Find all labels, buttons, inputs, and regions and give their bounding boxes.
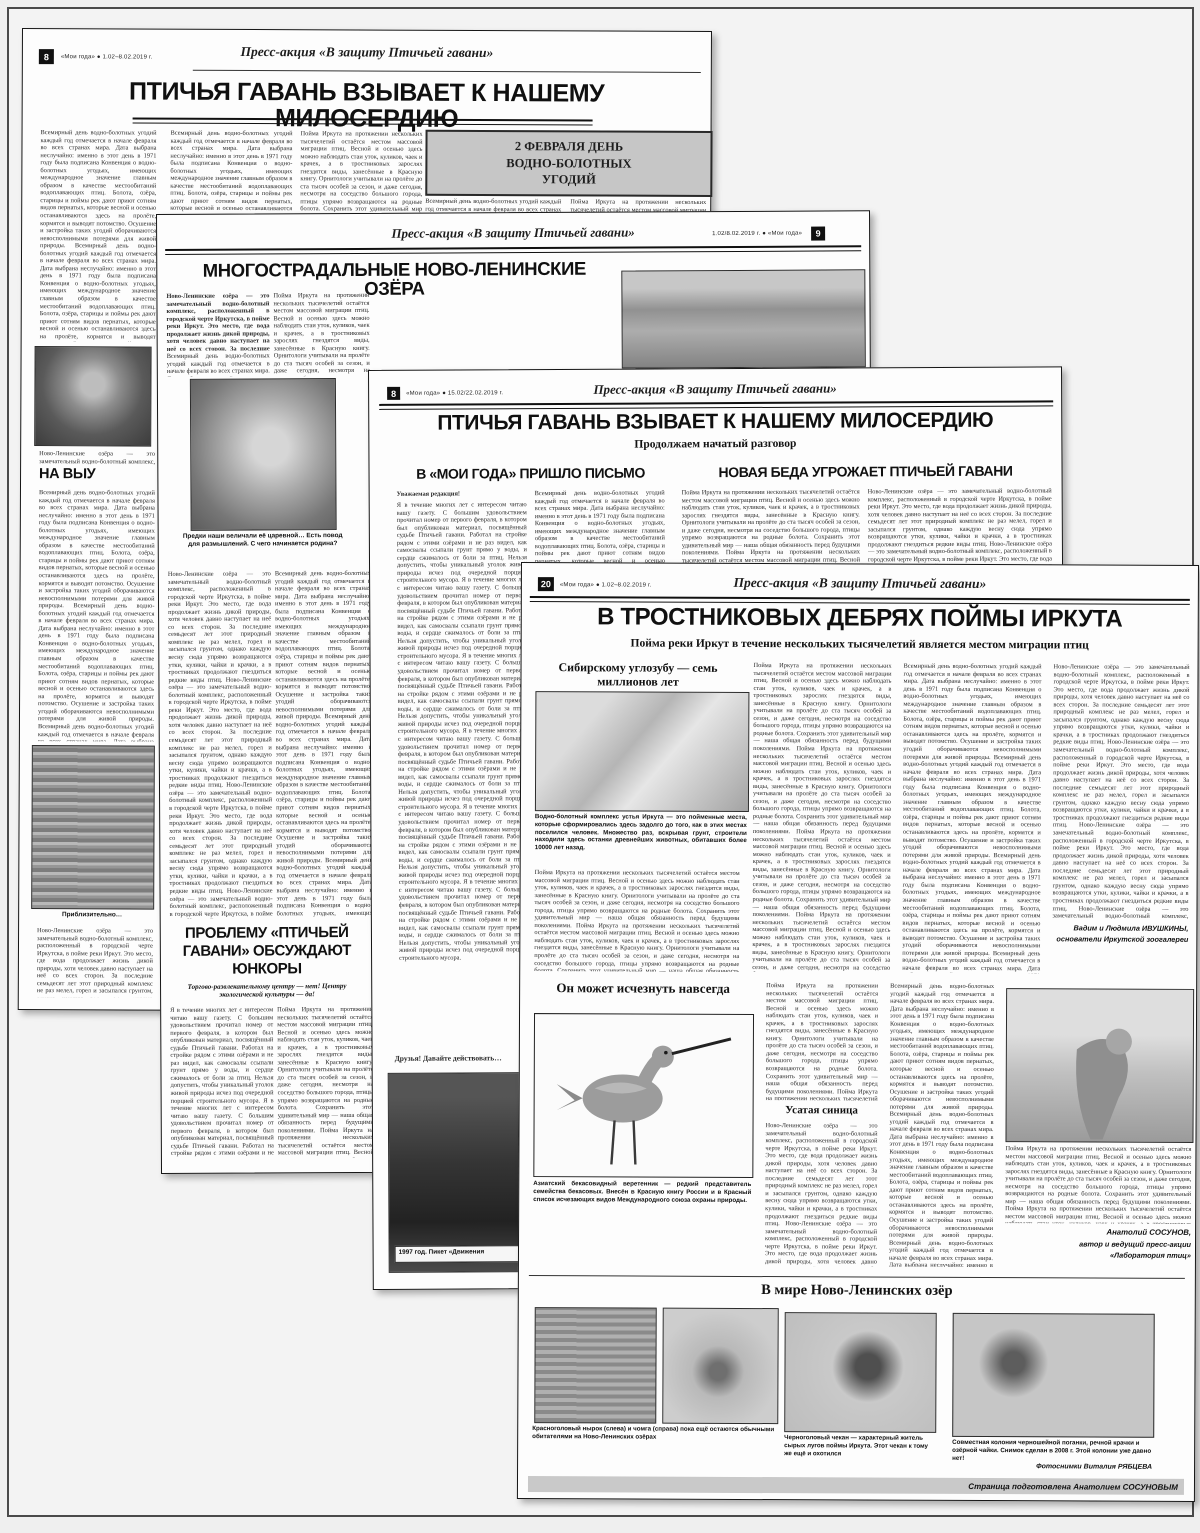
ivushkiny-signature-role: основатели Иркутской зоогалереи — [1052, 934, 1188, 944]
frog-photo — [190, 378, 337, 531]
body-text: Всемирный день водно-болотных угодий каж… — [275, 570, 373, 918]
body-text: Ново-Ленинские озёра — это замечательный… — [765, 1122, 878, 1266]
body-text: Ново-Ленинские озёра — это замечательный… — [1052, 663, 1189, 920]
lead-paragraph: Ново-Ленинские озёра — это замечательный… — [166, 292, 269, 351]
letter-opening: Уважаемая редакция! — [397, 490, 527, 501]
body-text: Ново-Ленинские озёра — это замечательный… — [39, 450, 155, 465]
body-text: Пойма Иркута на протяжении нескольких ты… — [273, 292, 369, 377]
waterfowl-caption: Приблизительно… — [33, 911, 151, 924]
godwit-illustration — [534, 1014, 753, 1177]
colony-caption: Совместная колония черношейной поганки, … — [952, 1439, 1152, 1464]
new-threat-section-head: НОВАЯ БЕДА УГРОЖАЕТ ПТИЧЬЕЙ ГАВАНИ — [680, 463, 1052, 479]
stonechat-caption: Черноголовый чекан — характерный житель … — [784, 1434, 934, 1461]
bearded-tit-photo — [1005, 988, 1194, 1143]
main-headline: ПТИЧЬЯ ГАВАНЬ ВЗЫВАЕТ К НАШЕМУ МИЛОСЕРДИ… — [399, 410, 1031, 435]
page-number-badge: 8 — [39, 49, 54, 64]
body-text: Пойма Иркута на протяжении нескольких ты… — [752, 662, 891, 973]
body-text: Всемирный день водно-болотных угодий каж… — [167, 352, 270, 377]
main-headline: В ТРОСТНИКОВЫХ ДЕБРЯХ ПОЙМЫ ИРКУТА — [560, 605, 1160, 632]
body-text: Я в течение многих лет с интересом читаю… — [170, 1006, 274, 1159]
body-text: Всемирный день водно-болотных угодий каж… — [902, 663, 1041, 974]
body-text: Пойма Иркута на протяжении нескольких ты… — [534, 869, 739, 972]
frog-caption: Предки наши величали её царевной… Есть п… — [177, 532, 349, 567]
pochard-grebe-caption: Красноголовый нырок (слева) и чомга (спр… — [532, 1425, 778, 1448]
page-number-badge: 20 — [538, 577, 554, 591]
press-action-kicker: Пресс-акция «В защиту Птичьей гавани» — [217, 44, 517, 61]
pochard-photo — [534, 1307, 657, 1424]
wetlands-day-notice: 2 ФЕВРАЛЯ ДЕНЬ ВОДНО-БОЛОТНЫХ УГОДИЙ — [425, 130, 712, 197]
notice-line-3: УГОДИЙ — [427, 171, 710, 189]
salamander-heading: Сибирскому углозубу — семь миллионов лет — [535, 661, 740, 689]
waterfowl-photo — [31, 745, 155, 910]
sosunov-signature-name: Анатолий СОСУНОВ, — [1005, 1227, 1191, 1237]
press-action-kicker: Пресс-акция «В защиту Птичьей гавани» — [565, 380, 865, 398]
godwit-caption: Азиатский бекасовидный веретенник — редк… — [533, 1180, 751, 1237]
salamander-caption: Водно-болотный комплекс устья Иркута — э… — [535, 813, 747, 866]
issue-date: 1.02/8.02.2019 г. ● «Мои года» — [637, 231, 802, 238]
body-text: Пойма Иркута на протяжении нескольких ты… — [277, 1006, 374, 1159]
notice-line-2: ВОДНО-БОЛОТНЫХ — [427, 154, 710, 172]
footer-strip: Страница подготовлена Анатолием СОСУНОВЫ… — [528, 1476, 1184, 1495]
newspaper-page-4: 20 «Мои года» ● 1.02–8.02.2019 г. Пресс-… — [517, 562, 1199, 1502]
stonechat-photo — [784, 1312, 937, 1433]
body-text: Пойма Иркута на протяжении нескольких ты… — [300, 130, 422, 215]
junkor-heading: ПРОБЛЕМУ «ПТИЧЬЕЙ ГАВАНИ» ОБСУЖДАЮТ ЮНКО… — [175, 924, 359, 979]
body-text: Всемирный день водно-болотных угодий каж… — [38, 489, 155, 742]
letter-section-head: В «МОИ ГОДА» ПРИШЛО ПИСЬМО — [400, 465, 662, 481]
sosunov-signature-role: автор и ведущий пресс-акции — [1005, 1239, 1191, 1249]
issue-date: «Мои года» ● 15.02/22.02.2019 г. — [406, 390, 541, 397]
reeds-landscape-photo — [621, 269, 866, 368]
footer-credit: Страница подготовлена Анатолием СОСУНОВЫ… — [968, 1481, 1184, 1491]
photo-credit: Фотоснимки Виталия РЯБЦЕВА — [952, 1463, 1152, 1471]
body-text: Ново-Ленинские озёра — это замечательный… — [37, 927, 153, 998]
letter-text: Я в течение многих лет с интересом читаю… — [397, 501, 530, 1042]
page-number-badge: 8 — [387, 387, 400, 400]
section-heading-cut: НА ВЫУ — [39, 467, 153, 482]
issue-date: «Мои года» ● 1.02–8.02.2019 г. — [61, 54, 191, 61]
sosunov-signature-project: «Лаборатория птиц» — [1005, 1250, 1191, 1260]
notice-line-1: 2 ФЕВРАЛЯ ДЕНЬ — [427, 137, 710, 155]
grebe-photo — [662, 1308, 779, 1425]
body-text: Всемирный день водно-болотных угодий каж… — [170, 130, 292, 215]
floodplain-subhead: Пойма реки Иркут в течение нескольких ты… — [562, 637, 1158, 653]
junkor-subheading: Торгово-развлекательному центру — нет! Ц… — [175, 982, 359, 999]
bearded-tit-shape — [1006, 989, 1193, 1142]
vanish-feature-heading: Он может исчезнуть навсегда — [534, 981, 752, 997]
body-text: Пойма Иркута на протяжении нескольких ты… — [766, 982, 879, 1100]
press-action-kicker: Пресс-акция «В защиту Птичьей гавани» — [710, 575, 1010, 592]
ivushkiny-signature-name: Вадим и Людмила ИВУШКИНЫ, — [1052, 923, 1188, 933]
gallery-heading: В мире Ново-Ленинских озёр — [707, 1282, 1007, 1300]
body-text: Ново-Ленинские озёра — это замечательный… — [168, 570, 273, 919]
issue-date: «Мои года» ● 1.02–8.02.2019 г. — [560, 582, 690, 589]
body-text: Всемирный день водно-болотных угодий каж… — [889, 983, 994, 1267]
bird-colony-photo — [952, 1313, 1155, 1438]
portrait-photo — [34, 346, 151, 447]
body-text: Пойма Иркута на протяжении нескольких ты… — [1005, 1145, 1191, 1224]
godwit-illustration-box — [533, 1013, 754, 1178]
salamander-photo — [535, 691, 750, 812]
press-action-kicker: Пресс-акция «В защиту Птичьей гавани» — [363, 224, 663, 242]
main-headline: ПТИЧЬЯ ГАВАНЬ ВЗЫВАЕТ К НАШЕМУ МИЛОСЕРДИ… — [43, 79, 691, 133]
continuation-subhead: Продолжаем начатый разговор — [549, 437, 881, 452]
body-text: Всемирный день водно-болотных угодий каж… — [40, 129, 157, 342]
bearded-tit-heading: Усатая синица — [766, 1104, 878, 1117]
page-number-badge: 9 — [811, 226, 825, 240]
